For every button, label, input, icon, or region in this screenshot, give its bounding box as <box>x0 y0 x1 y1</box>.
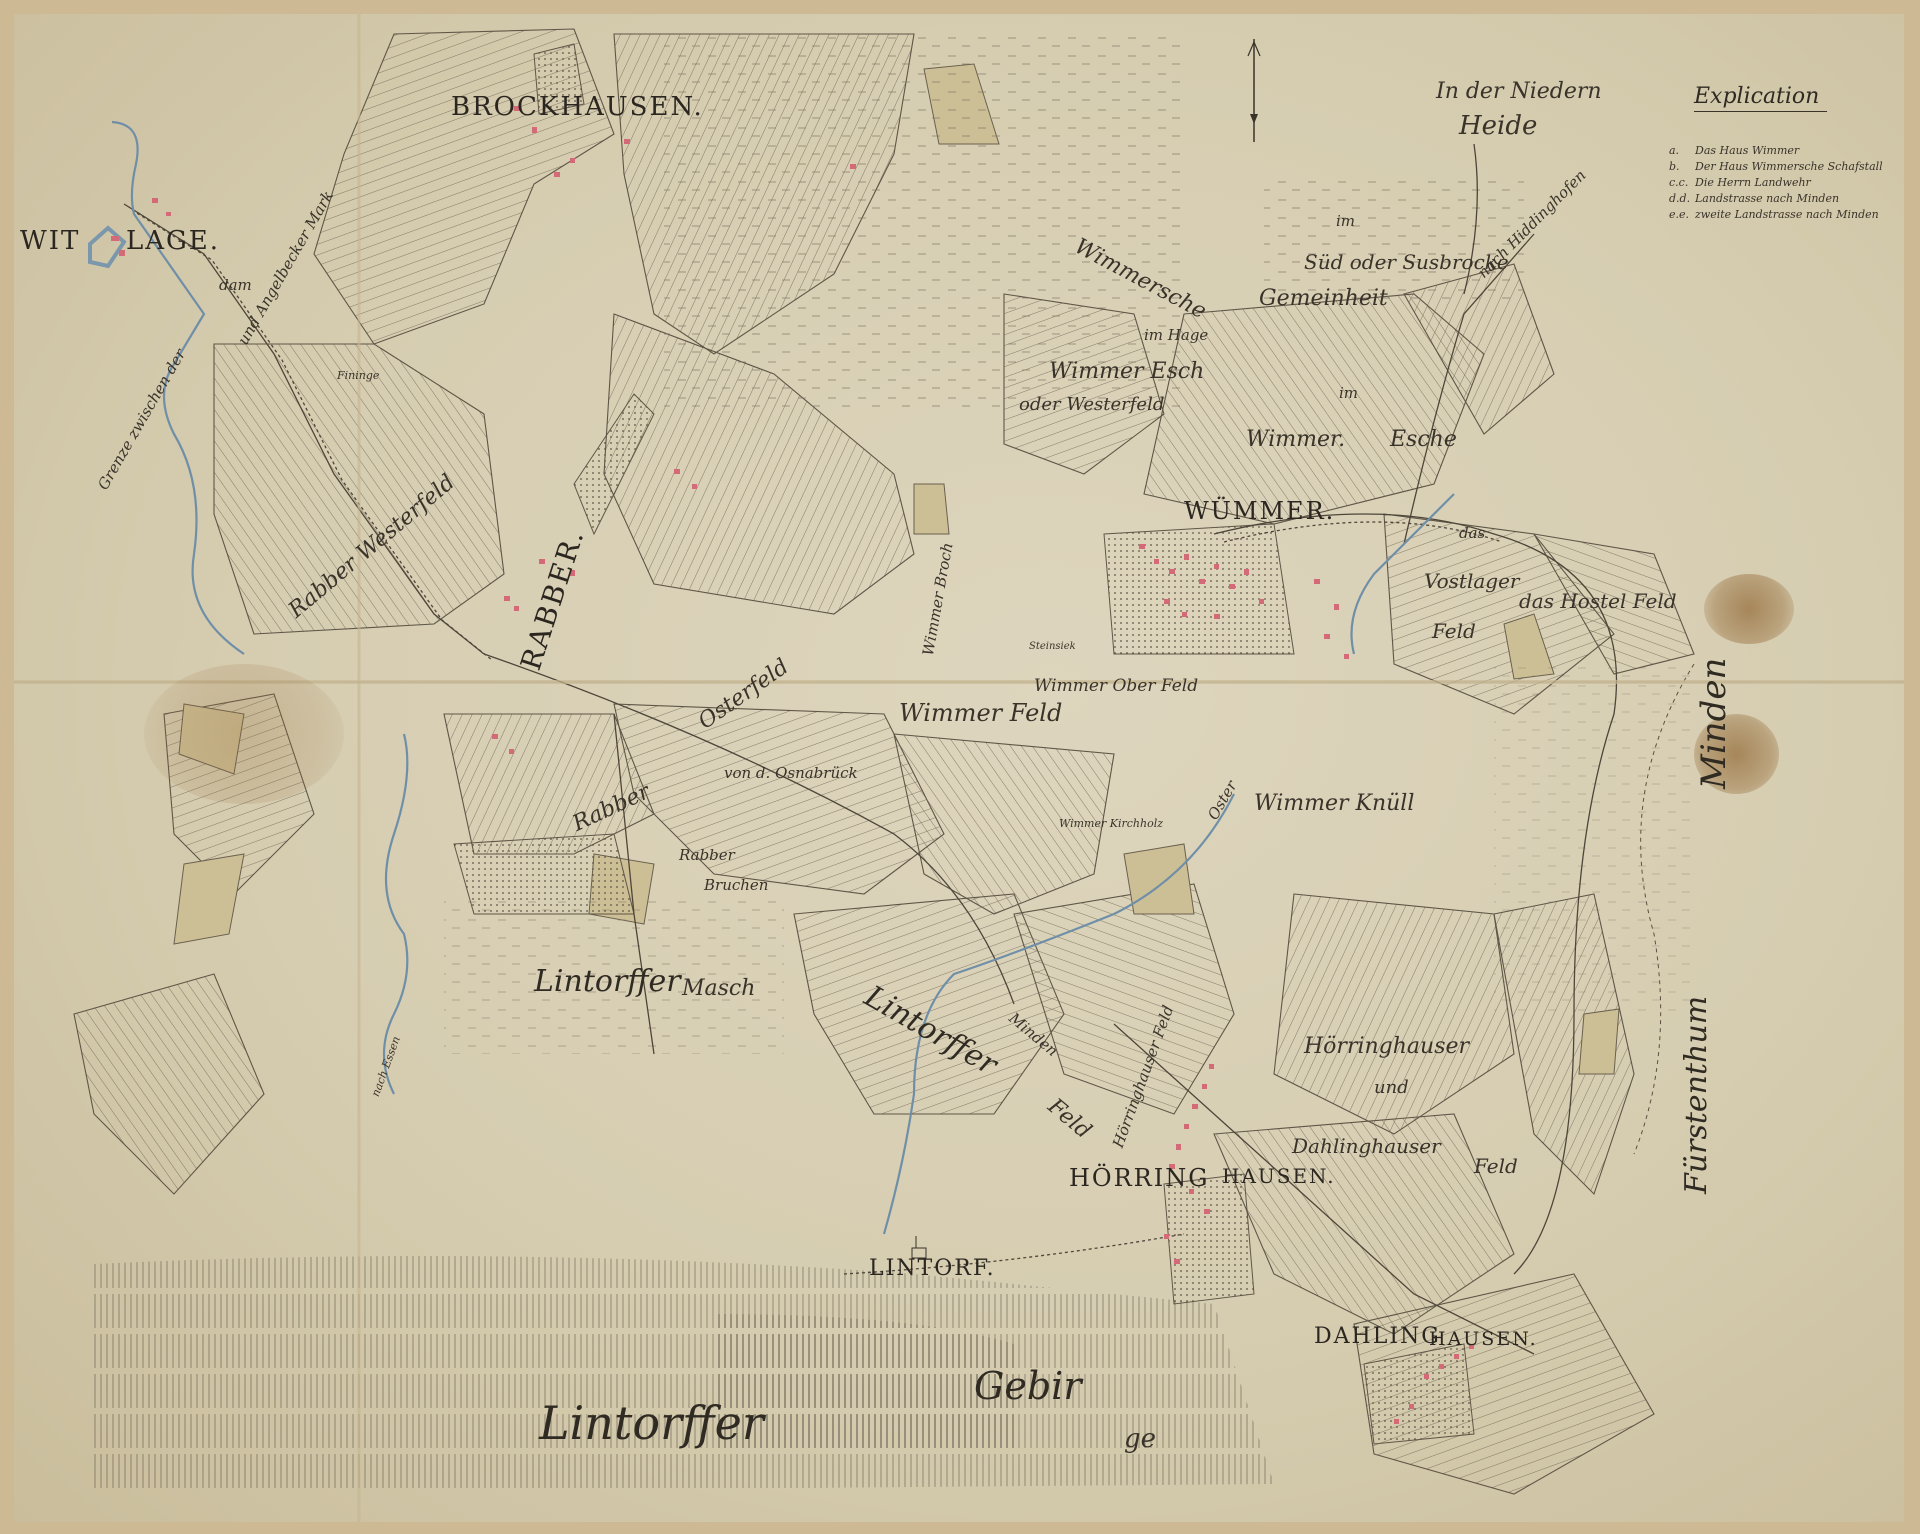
legend-text: Der Haus Wimmersche Schafstall <box>1695 160 1883 173</box>
label-witlage-part1: WIT <box>20 226 80 256</box>
label-im-sud: im <box>1336 212 1355 230</box>
legend-text: Die Herrn Landwehr <box>1695 176 1811 189</box>
label-lintorffer-masch-part1: Lintorffer <box>534 964 681 999</box>
legend-item: d.d.Landstrasse nach Minden <box>1669 192 1904 205</box>
label-horringhausen-part2: HAUSEN. <box>1222 1164 1336 1188</box>
label-wimmer: Wimmer. <box>1246 427 1345 452</box>
label-wimmer-esch: Wimmer Esch <box>1049 359 1204 384</box>
label-vostlager: Vostlager <box>1424 569 1519 593</box>
legend-item: c.c.Die Herrn Landwehr <box>1669 176 1904 189</box>
map-legend: Explication a.Das Haus Wimmer b.Der Haus… <box>1669 84 1904 221</box>
label-lintorf: LINTORF. <box>869 1256 996 1281</box>
label-das: das <box>1459 524 1485 542</box>
label-in-der-niedern: In der Niedern <box>1436 79 1602 104</box>
map-frame: BROCKHAUSEN. WIT LAGE. RABBER. WÜMMER. H… <box>0 0 1920 1534</box>
label-lintorffer-gebirge-part2: Gebir <box>974 1364 1082 1408</box>
label-brockhausen: BROCKHAUSEN. <box>451 92 704 122</box>
label-horringhausen-part1: HÖRRING <box>1069 1164 1209 1192</box>
legend-text: Das Haus Wimmer <box>1695 144 1799 157</box>
legend-key: e.e. <box>1669 208 1695 221</box>
map-sheet: BROCKHAUSEN. WIT LAGE. RABBER. WÜMMER. H… <box>14 14 1904 1522</box>
label-im-hage: im Hage <box>1144 326 1208 344</box>
label-rabber-bruchen-part1: Rabber <box>679 846 735 864</box>
label-wummer: WÜMMER. <box>1184 497 1335 525</box>
label-horringhauser: Hörringhauser <box>1304 1034 1469 1059</box>
label-fininge: Fininge <box>337 369 379 382</box>
label-lintorffer-gebirge-part1: Lintorffer <box>539 1396 764 1450</box>
label-minden: Minden <box>1694 658 1734 789</box>
legend-text: zweite Landstrasse nach Minden <box>1695 208 1879 221</box>
label-rabber-bruchen-part2: Bruchen <box>704 876 768 894</box>
legend-key: c.c. <box>1669 176 1695 189</box>
legend-title: Explication <box>1694 84 1827 112</box>
legend-key: a. <box>1669 144 1695 157</box>
label-gemeinheit: Gemeinheit <box>1259 286 1388 311</box>
label-dahlinghausen-part2: HAUSEN. <box>1429 1328 1538 1350</box>
label-lintorffer-masch-part2: Masch <box>682 976 755 1001</box>
label-und: und <box>1374 1077 1409 1098</box>
label-im-esche: im <box>1339 384 1358 402</box>
label-feld-dahlinghauser: Feld <box>1474 1154 1518 1178</box>
label-lintorffer-gebirge-part3: ge <box>1124 1424 1156 1454</box>
label-von-osnabruck: von d. Osnabrück <box>724 764 858 782</box>
label-wimmer-knull: Wimmer Knüll <box>1254 791 1414 816</box>
label-esche: Esche <box>1390 427 1457 452</box>
label-wimmer-kirchholz: Wimmer Kirchholz <box>1059 817 1163 830</box>
north-arrow-icon <box>1239 34 1269 144</box>
label-wimmer-oberfeld: Wimmer Ober Feld <box>1034 676 1198 696</box>
water-stain <box>144 664 344 804</box>
label-das-hostel-feld: das Hostel Feld <box>1519 589 1677 613</box>
label-witlage-part2: LAGE. <box>126 226 220 256</box>
label-oder-westerfeld: oder Westerfeld <box>1019 394 1164 415</box>
label-steinsiek: Steinsiek <box>1029 641 1076 652</box>
legend-item: a.Das Haus Wimmer <box>1669 144 1904 157</box>
label-wimmer-feld: Wimmer Feld <box>899 699 1062 727</box>
legend-key: d.d. <box>1669 192 1695 205</box>
label-furstenthum: Fürstenthum <box>1679 996 1714 1194</box>
water-stain <box>1704 574 1794 644</box>
label-feld-vostlager: Feld <box>1432 619 1476 643</box>
label-dam: dam <box>219 276 252 294</box>
label-dahlinghauser: Dahlinghauser <box>1292 1134 1441 1158</box>
legend-list: a.Das Haus Wimmer b.Der Haus Wimmersche … <box>1669 144 1904 221</box>
label-dahlinghausen-part1: DAHLING <box>1314 1324 1441 1349</box>
legend-text: Landstrasse nach Minden <box>1695 192 1839 205</box>
legend-item: e.e.zweite Landstrasse nach Minden <box>1669 208 1904 221</box>
label-heide: Heide <box>1459 111 1537 141</box>
legend-key: b. <box>1669 160 1695 173</box>
legend-item: b.Der Haus Wimmersche Schafstall <box>1669 160 1904 173</box>
